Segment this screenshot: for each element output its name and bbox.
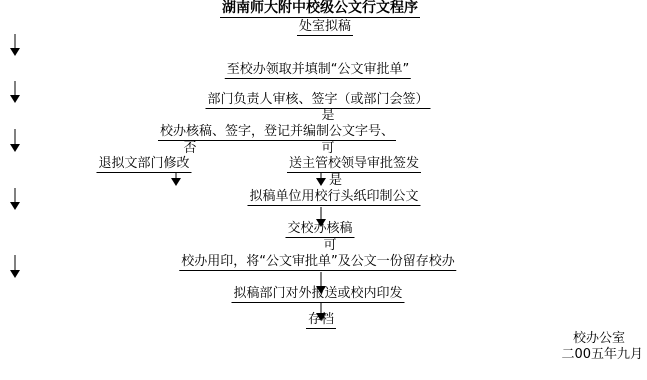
down-arrow-icon bbox=[315, 172, 327, 186]
step-office-check: 校办核稿、签字，登记并编制公文字号、 bbox=[158, 124, 396, 141]
label-ok-1: 可 bbox=[321, 141, 334, 156]
step-archive: 存档 bbox=[306, 312, 336, 329]
step-distribute: 拟稿部门对外报送或校内印发 bbox=[231, 286, 404, 303]
step-submit-check: 交校办核稿 bbox=[285, 221, 354, 238]
step-send-leader: 送主管校领导审批签发 bbox=[287, 156, 421, 173]
down-arrow-icon bbox=[170, 172, 182, 186]
margin-down-arrow-icon bbox=[9, 34, 21, 56]
label-yes-1: 是 bbox=[321, 108, 334, 123]
signature-date: 二00五年九月 bbox=[561, 347, 643, 362]
page-title: 湖南师大附中校级公文行文程序 bbox=[220, 1, 420, 18]
step-return-revise: 退拟文部门修改 bbox=[96, 156, 191, 173]
step-get-form: 至校办领取并填制“公文审批单” bbox=[225, 62, 411, 79]
margin-down-arrow-icon bbox=[9, 188, 21, 210]
label-yes-2: 是 bbox=[329, 173, 342, 188]
step-draft: 处室拟稿 bbox=[297, 19, 353, 36]
margin-down-arrow-icon bbox=[9, 81, 21, 103]
step-dept-review: 部门负责人审核、签字（或部门会签） bbox=[205, 92, 430, 109]
signature-office: 校办公室 bbox=[573, 331, 625, 346]
flowchart-page: 湖南师大附中校级公文行文程序 处室拟稿 至校办领取并填制“公文审批单” 部门负责… bbox=[0, 0, 647, 380]
label-ok-2: 可 bbox=[323, 238, 336, 253]
label-no: 否 bbox=[183, 141, 196, 156]
step-seal: 校办用印，将“公文审批单”及公文一份留存校办 bbox=[179, 254, 456, 271]
step-print: 拟稿单位用校行头纸印制公文 bbox=[247, 189, 420, 206]
margin-down-arrow-icon bbox=[9, 129, 21, 152]
margin-down-arrow-icon bbox=[9, 255, 21, 278]
